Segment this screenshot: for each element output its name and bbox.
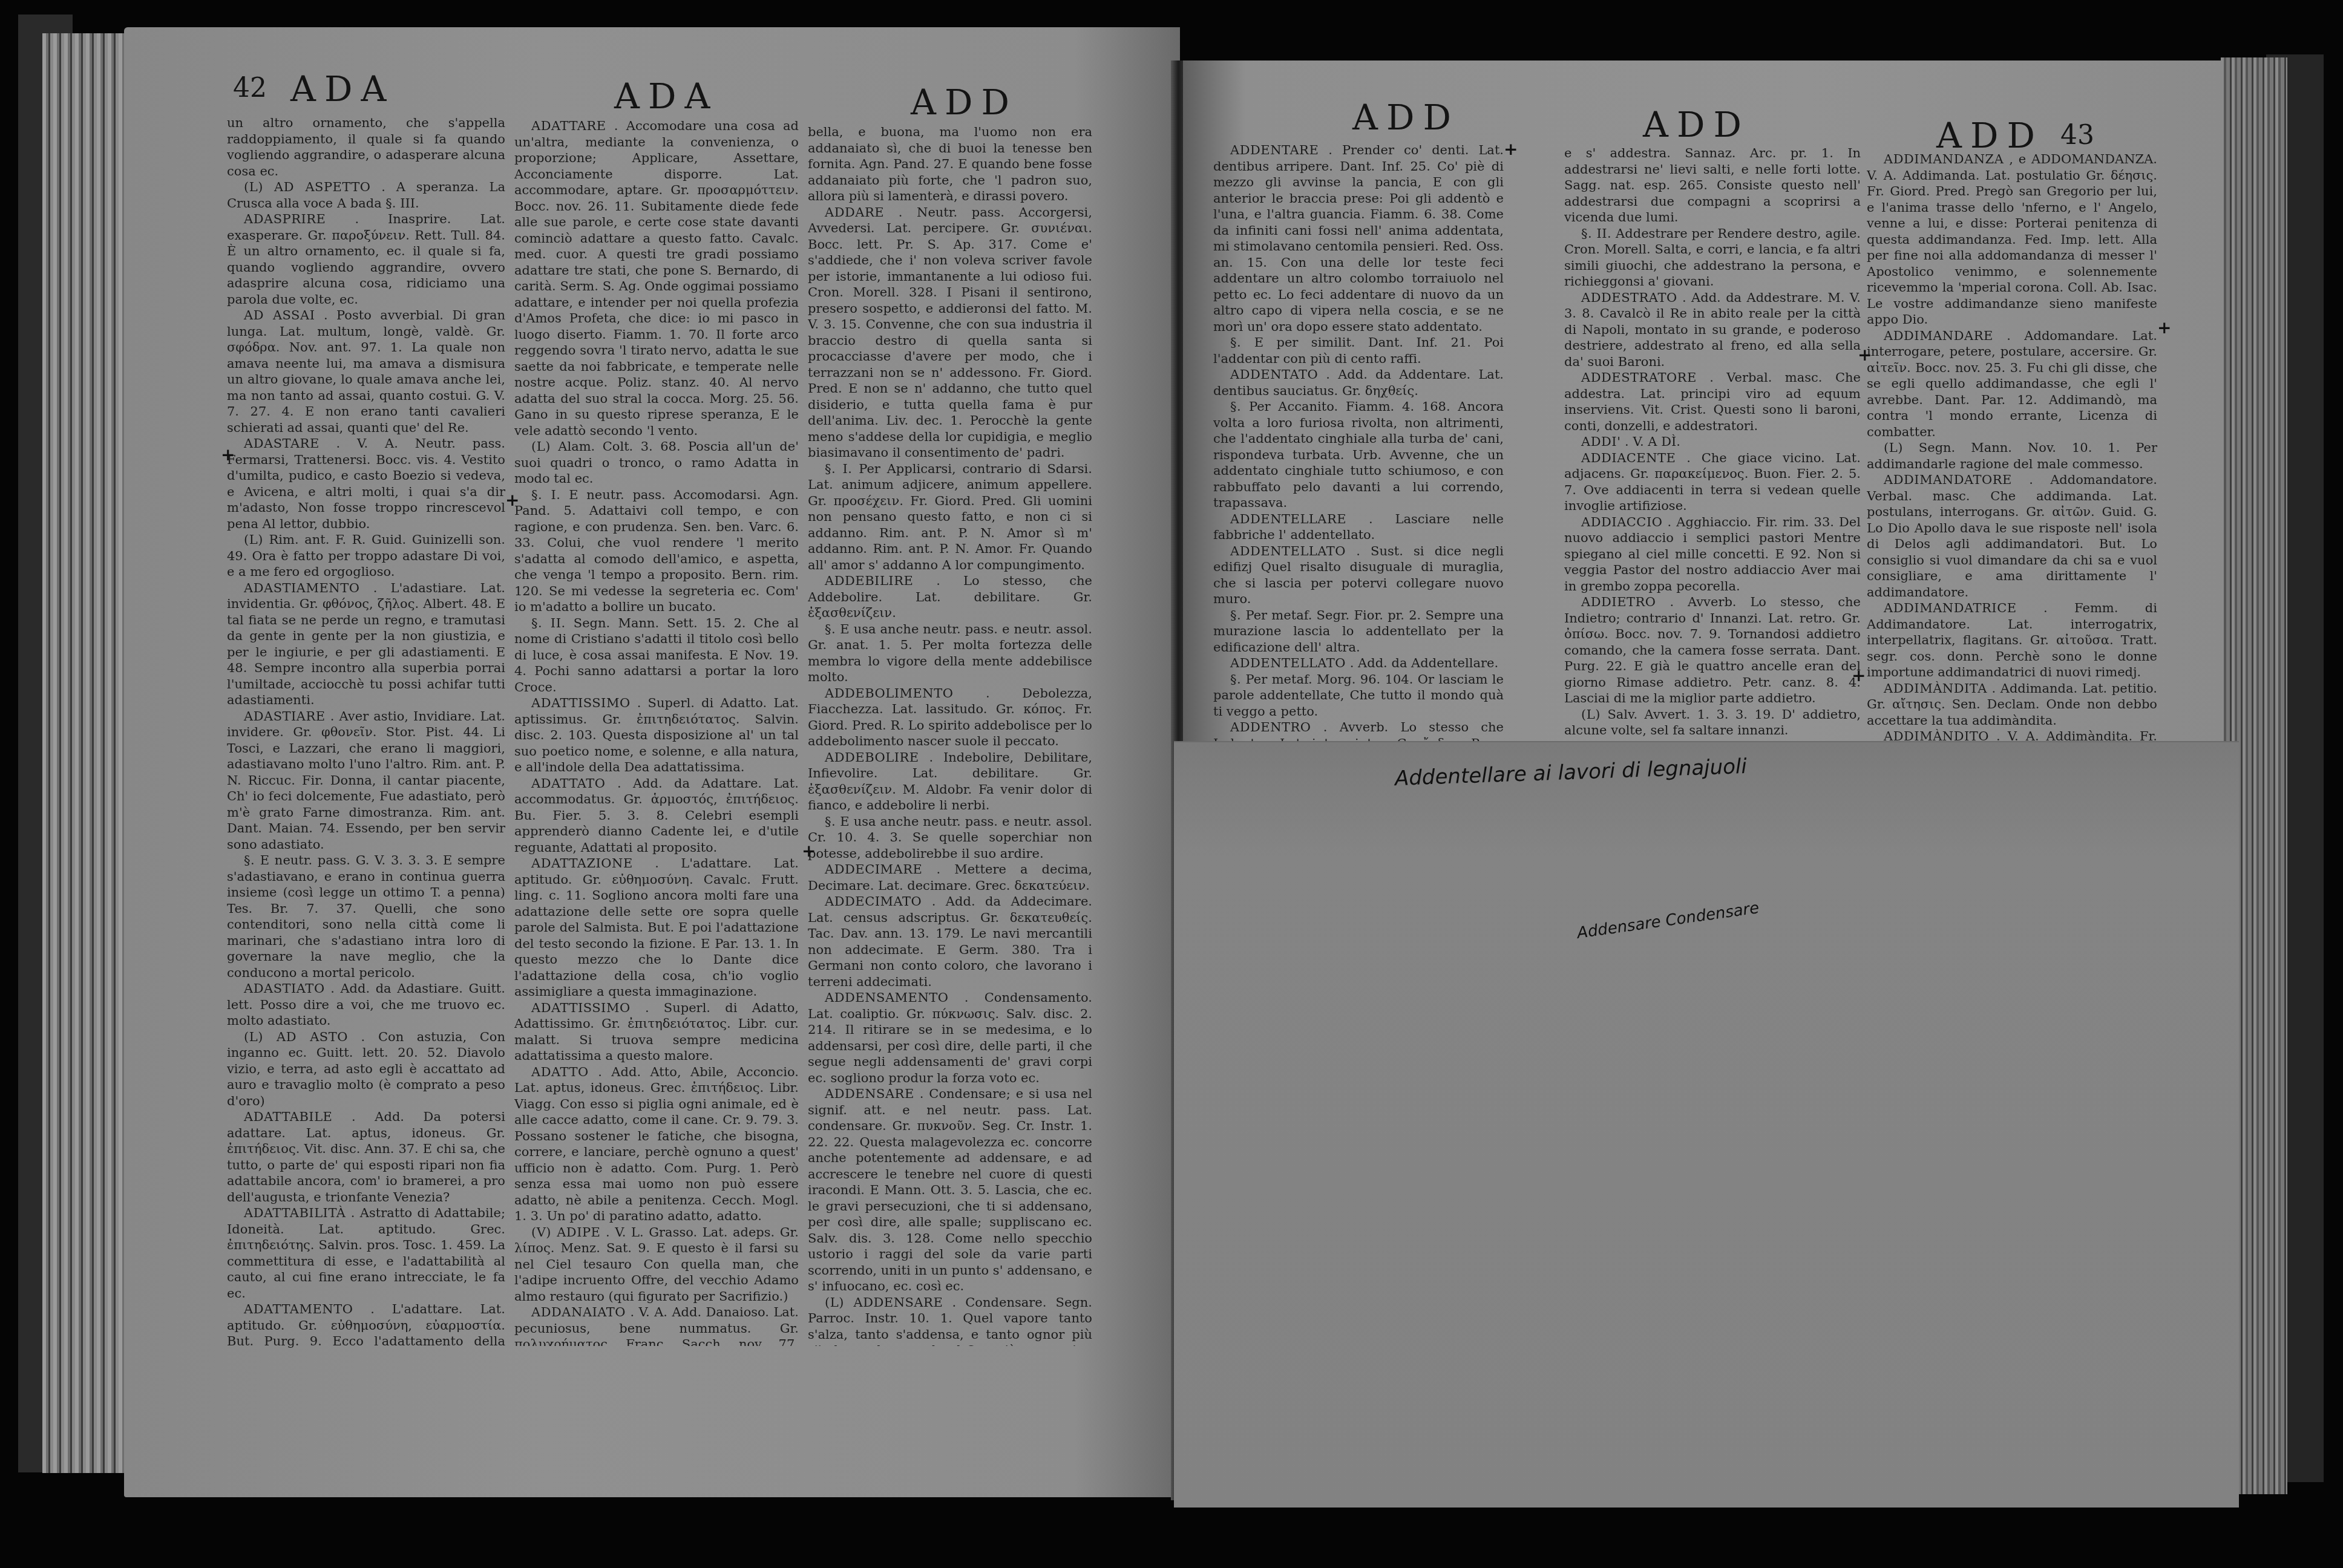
entry-headword: ADDIMANDARE: [1884, 328, 1993, 343]
page-number-left: 42: [233, 73, 267, 103]
margin-mark: +: [1852, 665, 1866, 685]
entry-headword: §.: [825, 814, 836, 829]
entry-text: . Avverb. Lo stesso, che Indietro; contr…: [1564, 595, 1861, 705]
entry-text: Salv. Avvert. 1. 3. 3. 19. D' addietro, …: [1564, 707, 1861, 738]
entry-text: . Addomandatore. Verbal. masc. Che addim…: [1867, 472, 2157, 599]
entry-text: . L'adastiare. Lat. invidentia. Gr. φθόν…: [227, 581, 505, 708]
entry-headword: §.: [1230, 672, 1241, 687]
entry-headword: ADATTAMENTO: [244, 1302, 353, 1316]
dictionary-column: un altro ornamento, che s'appella raddop…: [227, 115, 505, 1349]
entry-headword: §. I.: [531, 488, 560, 502]
entry-headword: ADDENSAMENTO: [825, 990, 949, 1005]
entry-text: E neutr. pass. Accomodarsi. Agn. Pand. 5…: [514, 488, 799, 615]
dictionary-entry: ADATTABILE . Add. Da potersi adattare. L…: [227, 1109, 505, 1205]
entry-headword: ADASPRIRE: [244, 212, 326, 226]
dictionary-entry: ADDANAIATO . V. A. Add. Danaioso. Lat. p…: [514, 1304, 799, 1346]
dictionary-entry: ADASTARE . V. A. Neutr. pass. Fermarsi, …: [227, 436, 505, 532]
entry-headword: ADDENTELLATO: [1230, 544, 1346, 558]
entry-text: . Add. Atto, Abile, Acconcio. Lat. aptus…: [514, 1065, 799, 1224]
entry-text: E per similit. Dant. Inf. 21. Poi l'adde…: [1213, 335, 1504, 366]
entry-headword: ADDIACENTE: [1581, 451, 1676, 465]
entry-headword: ADDIMÀNDITA: [1884, 681, 1987, 696]
dictionary-entry: ADDIMANDATRICE . Femm. di Addimandatore.…: [1867, 600, 2157, 681]
dictionary-entry: §. E usa anche neutr. pass. e neutr. ass…: [808, 814, 1092, 862]
dictionary-entry: (L) ADDENSARE . Condensare. Segn. Parroc…: [808, 1295, 1092, 1347]
dictionary-entry: ADDENSARE . Condensare; e si usa nel sig…: [808, 1086, 1092, 1295]
entry-headword: ADASTARE: [244, 436, 319, 451]
dictionary-entry: ADDARE . Neutr. pass. Accorgersi, Avvede…: [808, 204, 1092, 461]
margin-mark: +: [1504, 139, 1518, 159]
entry-headword: (L): [1884, 440, 1903, 455]
dictionary-entry: ADDIMANDARE . Addomandare. Lat. interrog…: [1867, 328, 2157, 440]
entry-headword: (L) AD ASPETTO: [244, 180, 371, 194]
dictionary-entry: §. Per Accanito. Fiamm. 4. 168. Ancora v…: [1213, 399, 1504, 511]
dictionary-column: e s' addestra. Sannaz. Arc. pr. 1. In ad…: [1564, 145, 1861, 744]
entry-text: Rim. ant. F. R. Guid. Guinizelli son. 49…: [227, 532, 505, 579]
entry-text: Per Accanito. Fiamm. 4. 168. Ancora volt…: [1213, 399, 1504, 510]
entry-headword: §.: [825, 622, 836, 636]
dictionary-column: bella, e buona, ma l'uomo non era addana…: [808, 124, 1092, 1346]
dictionary-entry: ADDIACENTE . Che giace vicino. Lat. adja…: [1564, 450, 1861, 514]
entry-headword: ADDECIMARE: [825, 862, 922, 877]
dictionary-entry: ADDENSAMENTO . Condensamento. Lat. coali…: [808, 990, 1092, 1086]
dictionary-entry: ADDIMANDATORE . Addomandatore. Verbal. m…: [1867, 472, 2157, 600]
dictionary-entry: ADASPRIRE . Inasprire. Lat. exasperare. …: [227, 211, 505, 307]
entry-headword: ADDI': [1581, 434, 1620, 449]
entry-text: , e ADDOMANDANZA. V. A. Addimanda. Lat. …: [1867, 152, 2157, 327]
entry-headword: ADATTISSIMO: [531, 1001, 631, 1015]
entry-headword: ADASTIARE: [244, 709, 326, 724]
entry-headword: ADDESTRATORE: [1581, 370, 1697, 385]
handwritten-note: Addensare Condensare: [1576, 899, 1760, 942]
entry-headword: ADDIETRO: [1581, 595, 1656, 609]
dictionary-entry: un altro ornamento, che s'appella raddop…: [227, 115, 505, 179]
entry-headword: ADDARE: [825, 205, 884, 220]
entry-text: . Accomodare una cosa ad un'altra, media…: [514, 119, 799, 438]
entry-text: E usa anche neutr. pass. e neutr. assol.…: [808, 814, 1092, 861]
running-head: ADA: [614, 76, 718, 117]
dictionary-entry: bella, e buona, ma l'uomo non era addana…: [808, 124, 1092, 204]
entry-headword: ADATTABILE: [244, 1109, 332, 1124]
dictionary-entry: ADDEBOLIRE . Indebolire, Debilitare, Inf…: [808, 750, 1092, 814]
dictionary-entry: ADATTAMENTO . L'adattare. Lat. aptitudo.…: [227, 1301, 505, 1349]
entry-headword: ADDECIMATO: [825, 894, 922, 909]
dictionary-entry: ADDIETRO . Avverb. Lo stesso, che Indiet…: [1564, 594, 1861, 707]
entry-headword: ADDENTELLATO: [1230, 656, 1346, 670]
dictionary-entry: §. II. Segn. Mann. Sett. 15. 2. Che al n…: [514, 615, 799, 696]
dictionary-entry: ADASTIARE . Aver astio, Invidiare. Lat. …: [227, 708, 505, 853]
dictionary-entry: (L) Rim. ant. F. R. Guid. Guinizelli son…: [227, 532, 505, 580]
entry-headword: (V) ADIPE: [531, 1225, 600, 1240]
dictionary-entry: (V) ADIPE . V. L. Grasso. Lat. adeps. Gr…: [514, 1224, 799, 1305]
entry-headword: ADATTATO: [531, 776, 606, 791]
entry-headword: ADATTISSIMO: [531, 696, 631, 710]
dictionary-entry: ADDI' . V. A DÌ.: [1564, 434, 1861, 450]
entry-headword: ADDEBILIRE: [825, 573, 913, 588]
entry-text: . Neutr. pass. Accorgersi, Avvedersi. La…: [808, 205, 1092, 460]
left-page: 42 ADA ADA ADD un altro ornamento, che s…: [124, 27, 1180, 1497]
entry-headword: ADDIMANDANZA: [1884, 152, 2004, 166]
dictionary-entry: ADATTATO . Add. da Adattare. Lat. accomm…: [514, 776, 799, 856]
dictionary-entry: (L) Segn. Mann. Nov. 10. 1. Per addimand…: [1867, 440, 2157, 472]
handwritten-note: Addentellare ai lavori di legnajuoli: [1394, 754, 1747, 791]
dictionary-entry: §. E neutr. pass. G. V. 3. 3. 3. E sempr…: [227, 852, 505, 981]
dictionary-entry: §. I. Per Applicarsi, contrario di Sdars…: [808, 461, 1092, 573]
dictionary-entry: (L) AD ASTO . Con astuzia, Con inganno e…: [227, 1029, 505, 1109]
entry-headword: ADDENTELLARE: [1230, 512, 1346, 526]
dictionary-entry: §. Per metaf. Morg. 96. 104. Or lasciam …: [1213, 671, 1504, 720]
entry-headword: §. II.: [531, 616, 566, 630]
dictionary-entry: ADDECIMARE . Mettere a decima, Decimare.…: [808, 861, 1092, 893]
entry-headword: §.: [1230, 608, 1241, 622]
entry-text: . Posto avverbial. Di gran lunga. Lat. m…: [227, 308, 505, 435]
margin-mark: +: [505, 490, 519, 510]
entry-headword: ADASTIAMENTO: [244, 581, 359, 595]
running-head: ADD: [1352, 97, 1460, 138]
dictionary-entry: AD ASSAI . Posto avverbial. Di gran lung…: [227, 307, 505, 436]
entry-headword: ADDESTRATO: [1581, 290, 1677, 305]
entry-text: Segn. Mann. Nov. 10. 1. Per addimandarle…: [1867, 440, 2157, 471]
entry-text: e s' addestra. Sannaz. Arc. pr. 1. In ad…: [1564, 146, 1861, 224]
entry-headword: ADDIACCIO: [1581, 515, 1662, 529]
margin-mark: +: [1858, 345, 1872, 365]
entry-headword: ADATTABILITÀ: [244, 1206, 346, 1220]
dictionary-entry: ADATTABILITÀ . Astratto di Adattabile; I…: [227, 1205, 505, 1301]
entry-headword: ADDENSARE: [825, 1086, 914, 1101]
dictionary-entry: §. Per metaf. Segr. Fior. pr. 2. Sempre …: [1213, 607, 1504, 656]
entry-text: . Addomandare. Lat. interrogare, petere,…: [1867, 328, 2157, 439]
entry-headword: ADASTIATO: [244, 981, 325, 996]
margin-mark: +: [802, 841, 816, 861]
dictionary-entry: §. E per similit. Dant. Inf. 21. Poi l'a…: [1213, 335, 1504, 367]
page-block-edge-left: [42, 33, 127, 1473]
entry-headword: §.: [244, 853, 255, 867]
dictionary-entry: ADDENTELLATO . Sust. si dice negli edifi…: [1213, 543, 1504, 607]
entry-headword: ADDENTATO: [1230, 367, 1318, 382]
dictionary-entry: ADDIMANDANZA , e ADDOMANDANZA. V. A. Add…: [1867, 151, 2157, 328]
margin-mark: +: [2157, 318, 2171, 338]
page-number-right: 43: [2060, 120, 2094, 151]
entry-text: E usa anche neutr. pass. e neutr. assol.…: [808, 622, 1092, 685]
dictionary-entry: ADATTISSIMO . Superl. di Adatto, Adattis…: [514, 1000, 799, 1064]
dictionary-entry: ADATTISSIMO . Superl. di Adatto. Lat. ap…: [514, 695, 799, 776]
entry-text: Per Applicarsi, contrario di Sdarsi. Lat…: [808, 462, 1092, 572]
entry-text: . Add. da Addentellare.: [1350, 656, 1498, 670]
dictionary-entry: ADDENTELLATO . Add. da Addentellare.: [1213, 655, 1504, 671]
entry-headword: ADDEBOLIRE: [825, 750, 919, 765]
dictionary-entry: ADDEBILIRE . Lo stesso, che Addebolire. …: [808, 573, 1092, 621]
entry-headword: §.: [1230, 399, 1241, 414]
dictionary-entry: ADDECIMATO . Add. da Addecimare. Lat. ce…: [808, 893, 1092, 990]
entry-headword: (L) ADDENSARE: [825, 1295, 943, 1310]
entry-text: . Condensare; e si usa nel signif. att. …: [808, 1086, 1092, 1293]
dictionary-entry: §. I. E neutr. pass. Accomodarsi. Agn. P…: [514, 487, 799, 615]
entry-text: . V. A DÌ.: [1625, 434, 1680, 449]
dictionary-entry: ADDENTELLARE . Lasciare nelle fabbriche …: [1213, 511, 1504, 543]
dictionary-entry: (L) Alam. Colt. 3. 68. Poscia all'un de'…: [514, 439, 799, 487]
entry-headword: (L): [1581, 707, 1601, 722]
entry-headword: ADDEBOLIMENTO: [825, 686, 953, 701]
entry-text: un altro ornamento, che s'appella raddop…: [227, 116, 505, 178]
dictionary-entry: ADDIMÀNDITA . Addimanda. Lat. petitio. G…: [1867, 681, 2157, 729]
entry-headword: ADDIMANDATRICE: [1884, 601, 2017, 615]
entry-headword: ADDIMANDATORE: [1884, 472, 2012, 487]
running-head: ADD: [1936, 115, 2043, 156]
dictionary-column: ADDIMANDANZA , e ADDOMANDANZA. V. A. Add…: [1867, 151, 2157, 744]
dictionary-entry: ADDESTRATORE . Verbal. masc. Che addestr…: [1564, 370, 1861, 434]
entry-headword: §.: [1230, 335, 1241, 350]
entry-headword: (L): [244, 532, 263, 547]
dictionary-entry: ADDEBOLIMENTO . Debolezza, Fiacchezza. L…: [808, 685, 1092, 750]
entry-text: Alam. Colt. 3. 68. Poscia all'un de' suo…: [514, 439, 799, 486]
entry-headword: ADATTAZIONE: [531, 856, 633, 871]
entry-text: Per metaf. Morg. 96. 104. Or lasciam le …: [1213, 672, 1504, 719]
dictionary-entry: ADATTARE . Accomodare una cosa ad un'alt…: [514, 118, 799, 439]
dictionary-entry: ADDIACCIO . Agghiaccio. Fir. rim. 33. De…: [1564, 514, 1861, 595]
dictionary-entry: ADASTIATO . Add. da Adastiare. Guitt. le…: [227, 981, 505, 1029]
entry-headword: ADDANAIATO: [531, 1305, 626, 1319]
dictionary-entry: ADDESTRATO . Add. da Addestrare. M. V. 3…: [1564, 290, 1861, 370]
entry-text: . Prender co' denti. Lat. dentibus arrip…: [1213, 143, 1504, 334]
entry-headword: (L) AD ASTO: [244, 1030, 348, 1044]
dictionary-entry: ADDENTARE . Prender co' denti. Lat. dent…: [1213, 142, 1504, 335]
entry-headword: (L): [531, 439, 551, 454]
entry-text: E neutr. pass. G. V. 3. 3. 3. E sempre s…: [227, 853, 505, 980]
entry-text: bella, e buona, ma l'uomo non era addana…: [808, 125, 1092, 203]
entry-headword: §. I.: [825, 462, 852, 476]
dictionary-entry: §. E usa anche neutr. pass. e neutr. ass…: [808, 621, 1092, 685]
dictionary-entry: ADASTIAMENTO . L'adastiare. Lat. inviden…: [227, 580, 505, 708]
dictionary-entry: ADDENTATO . Add. da Addentare. Lat. dent…: [1213, 367, 1504, 399]
running-head: ADD: [911, 82, 1018, 123]
dictionary-column: ADDENTARE . Prender co' denti. Lat. dent…: [1213, 142, 1504, 747]
entry-text: Per metaf. Segr. Fior. pr. 2. Sempre una…: [1213, 608, 1504, 655]
dictionary-entry: e s' addestra. Sannaz. Arc. pr. 1. In ad…: [1564, 145, 1861, 226]
entry-headword: §. II.: [1581, 226, 1611, 241]
dictionary-entry: (L) Salv. Avvert. 1. 3. 3. 19. D' addiet…: [1564, 707, 1861, 739]
entry-headword: ADATTO: [531, 1065, 589, 1079]
running-head: ADD: [1643, 104, 1750, 145]
entry-text: . L'adattare. Lat. aptitudo. Gr. εὐθημοσ…: [514, 856, 799, 999]
inserted-paper-slip: Addentellare ai lavori di legnajuoli Add…: [1174, 741, 2239, 1508]
dictionary-entry: ADATTO . Add. Atto, Abile, Acconcio. Lat…: [514, 1064, 799, 1224]
dictionary-entry: ADATTAZIONE . L'adattare. Lat. aptitudo.…: [514, 855, 799, 1000]
entry-text: . Aver astio, Invidiare. Lat. invidere. …: [227, 709, 505, 852]
entry-headword: AD ASSAI: [244, 308, 315, 322]
entry-headword: ADDENTRO: [1230, 720, 1311, 734]
dictionary-entry: §. II. Addestrare per Rendere destro, ag…: [1564, 226, 1861, 290]
dictionary-column: ADATTARE . Accomodare una cosa ad un'alt…: [514, 118, 799, 1346]
entry-headword: ADATTARE: [531, 119, 606, 133]
entry-headword: ADDENTARE: [1230, 143, 1319, 157]
dictionary-entry: (L) AD ASPETTO . A speranza. La Crusca a…: [227, 179, 505, 211]
margin-mark: +: [221, 445, 235, 465]
running-head: ADA: [290, 68, 395, 109]
